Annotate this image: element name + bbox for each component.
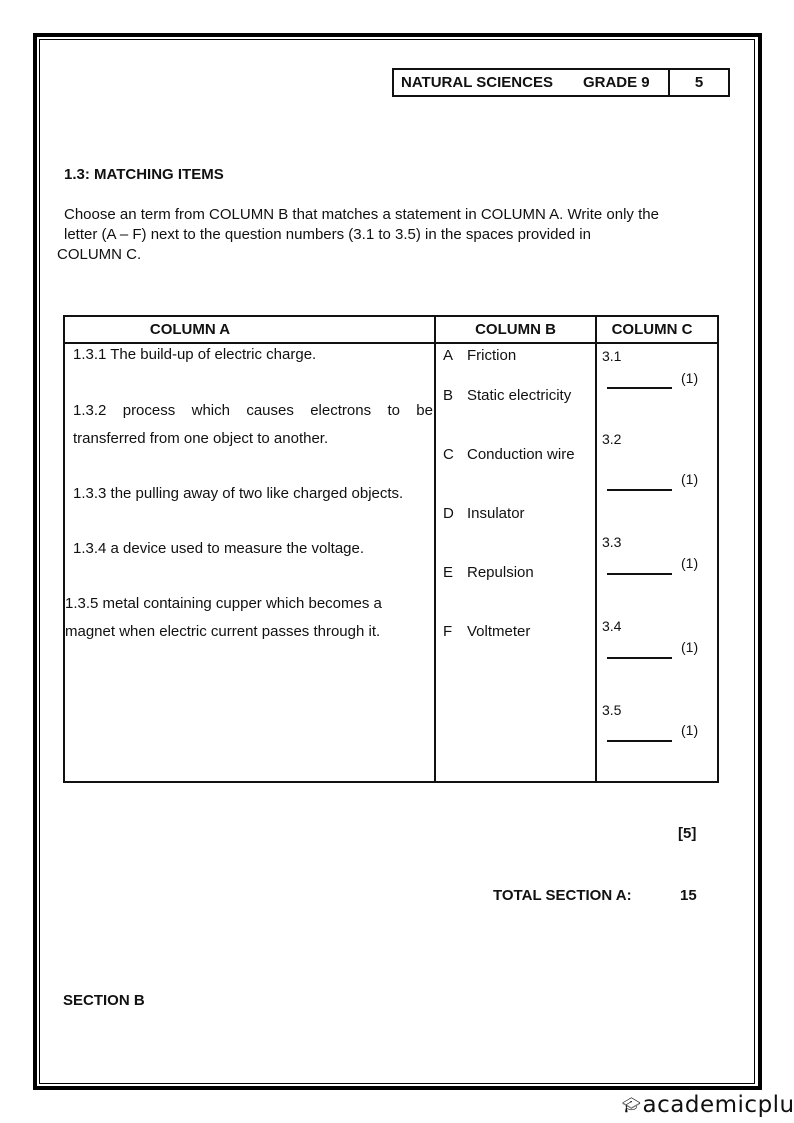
column-a-item-5: 1.3.5 metal containing cupper which beco… xyxy=(65,590,410,646)
watermark-logo: 🎓︎ academicplug xyxy=(622,1092,794,1118)
answer-number-3-3: 3.3 xyxy=(602,534,621,550)
answer-number-3-5: 3.5 xyxy=(602,702,621,718)
answer-marks-3-5: (1) xyxy=(681,722,698,738)
section-total-label: TOTAL SECTION A: xyxy=(493,887,632,904)
option-term: Insulator xyxy=(467,505,525,522)
option-term: Repulsion xyxy=(467,564,534,581)
column-a-item-1: 1.3.1 The build-up of electric charge. xyxy=(73,341,428,369)
answer-marks-3-2: (1) xyxy=(681,471,698,487)
page-number: 5 xyxy=(670,70,728,95)
option-letter: A xyxy=(443,347,467,364)
column-b-item-e: E Repulsion xyxy=(443,564,534,581)
answer-marks-3-4: (1) xyxy=(681,639,698,655)
answer-blank-3-2[interactable] xyxy=(607,489,672,491)
column-a-item-2: 1.3.2 process which causes electrons to … xyxy=(73,397,433,453)
subject-grade-cell: NATURAL SCIENCES GRADE 9 xyxy=(394,70,670,95)
option-term: Conduction wire xyxy=(467,446,575,463)
instructions: Choose an term from COLUMN B that matche… xyxy=(57,205,717,265)
option-term: Voltmeter xyxy=(467,623,530,640)
column-divider xyxy=(434,317,436,781)
section-total-value: 15 xyxy=(680,887,697,904)
instruction-line: COLUMN C. xyxy=(57,245,717,265)
option-term: Static electricity xyxy=(467,387,571,404)
page-header-box: NATURAL SCIENCES GRADE 9 5 xyxy=(392,68,730,97)
column-b-item-f: F Voltmeter xyxy=(443,623,530,640)
grade-label: GRADE 9 xyxy=(583,74,650,91)
section-total: TOTAL SECTION A: 15 xyxy=(493,887,632,904)
answer-marks-3-1: (1) xyxy=(681,370,698,386)
answer-number-3-4: 3.4 xyxy=(602,618,621,634)
column-b-item-c: C Conduction wire xyxy=(443,446,575,463)
column-divider xyxy=(595,317,597,781)
option-letter: E xyxy=(443,564,467,581)
answer-blank-3-1[interactable] xyxy=(607,387,672,389)
column-a-header: COLUMN A xyxy=(65,321,315,338)
option-letter: C xyxy=(443,446,467,463)
column-c-header: COLUMN C xyxy=(597,321,707,338)
answer-blank-3-4[interactable] xyxy=(607,657,672,659)
column-b-item-b: B Static electricity xyxy=(443,387,571,404)
graduation-cap-icon: 🎓︎ xyxy=(622,1096,642,1114)
question-title: 1.3: MATCHING ITEMS xyxy=(64,166,224,183)
watermark-text: academicplug xyxy=(643,1092,794,1118)
column-a-item-4: 1.3.4 a device used to measure the volta… xyxy=(73,535,428,563)
answer-marks-3-3: (1) xyxy=(681,555,698,571)
option-letter: D xyxy=(443,505,467,522)
answer-blank-3-3[interactable] xyxy=(607,573,672,575)
column-b-header: COLUMN B xyxy=(436,321,595,338)
column-b-item-d: D Insulator xyxy=(443,505,525,522)
option-letter: B xyxy=(443,387,467,404)
option-letter: F xyxy=(443,623,467,640)
question-total-marks: [5] xyxy=(678,825,696,842)
answer-blank-3-5[interactable] xyxy=(607,740,672,742)
instruction-line: letter (A – F) next to the question numb… xyxy=(57,225,717,245)
instruction-line: Choose an term from COLUMN B that matche… xyxy=(57,205,717,225)
next-section-heading: SECTION B xyxy=(63,992,145,1009)
subject-label: NATURAL SCIENCES xyxy=(401,74,553,91)
option-term: Friction xyxy=(467,347,516,364)
answer-number-3-2: 3.2 xyxy=(602,431,621,447)
column-a-item-3: 1.3.3 the pulling away of two like charg… xyxy=(73,480,433,508)
matching-table: COLUMN A COLUMN B COLUMN C 1.3.1 The bui… xyxy=(63,315,719,783)
answer-number-3-1: 3.1 xyxy=(602,348,621,364)
column-b-item-a: A Friction xyxy=(443,347,516,364)
